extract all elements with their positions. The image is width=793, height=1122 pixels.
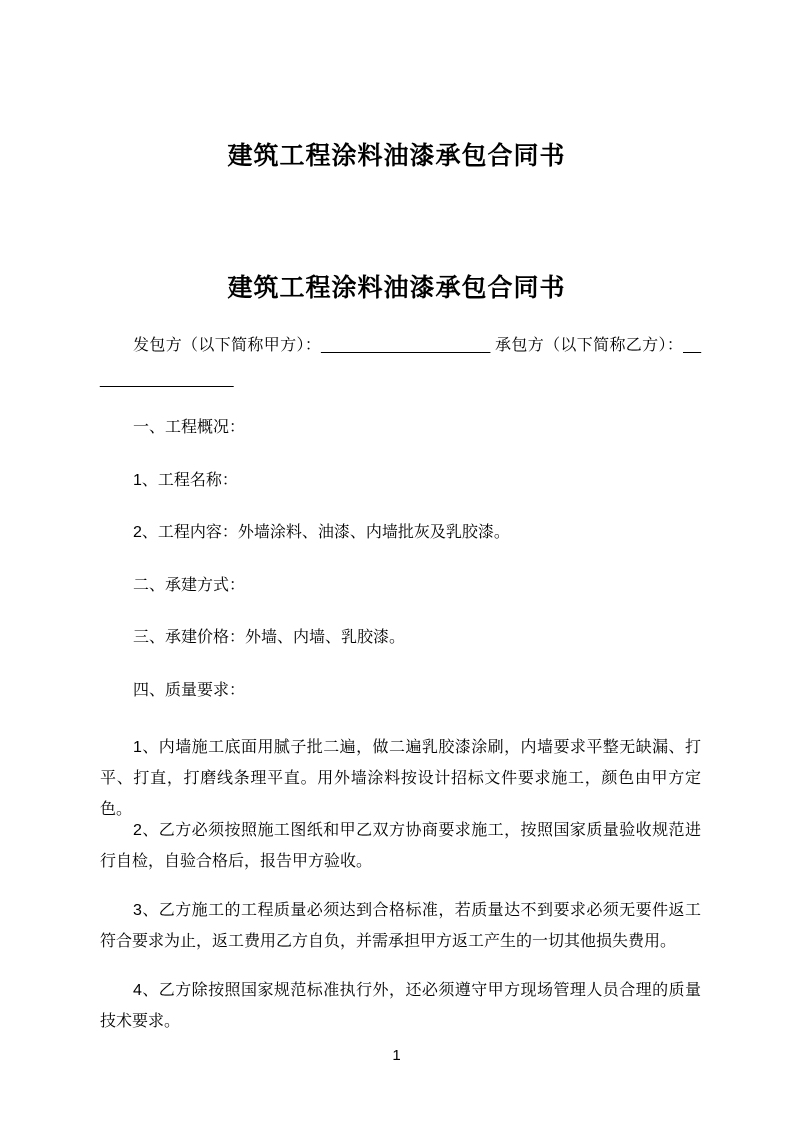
section-heading-contract-price: 三、承建价格：外墙、内墙、乳胶漆。 bbox=[100, 622, 701, 653]
section-heading-quality-requirements: 四、质量要求： bbox=[100, 675, 701, 706]
contract-document-page: 建筑工程涂料油漆承包合同书 建筑工程涂料油漆承包合同书 发包方（以下简称甲方）：… bbox=[0, 0, 793, 1122]
item-project-content: 2、工程内容：外墙涂料、油漆、内墙批灰及乳胶漆。 bbox=[100, 517, 701, 548]
quality-clause-2: 2、乙方必须按照施工图纸和甲乙双方协商要求施工，按照国家质量验收规范进行自检，自… bbox=[100, 815, 701, 877]
section-heading-project-overview: 一、工程概况： bbox=[100, 412, 701, 443]
quality-clause-1: 1、内墙施工底面用腻子批二遍，做二遍乳胶漆涂刷，内墙要求平整无缺漏、打平、打直，… bbox=[100, 732, 701, 825]
quality-clause-4: 4、乙方除按照国家规范标准执行外，还必须遵守甲方现场管理人员合理的质量技术要求。 bbox=[100, 975, 701, 1037]
item-project-name: 1、工程名称： bbox=[100, 465, 701, 496]
section-heading-contract-method: 二、承建方式： bbox=[100, 570, 701, 601]
party-fill-in-line: 发包方（以下简称甲方）：___________________ 承包方（以下简称… bbox=[100, 329, 701, 397]
document-title: 建筑工程涂料油漆承包合同书 bbox=[0, 272, 793, 304]
page-number: 1 bbox=[0, 1045, 793, 1067]
document-header-title: 建筑工程涂料油漆承包合同书 bbox=[0, 140, 793, 172]
quality-clause-3: 3、乙方施工的工程质量必须达到合格标准，若质量达不到要求必须无要件返工符合要求为… bbox=[100, 895, 701, 957]
